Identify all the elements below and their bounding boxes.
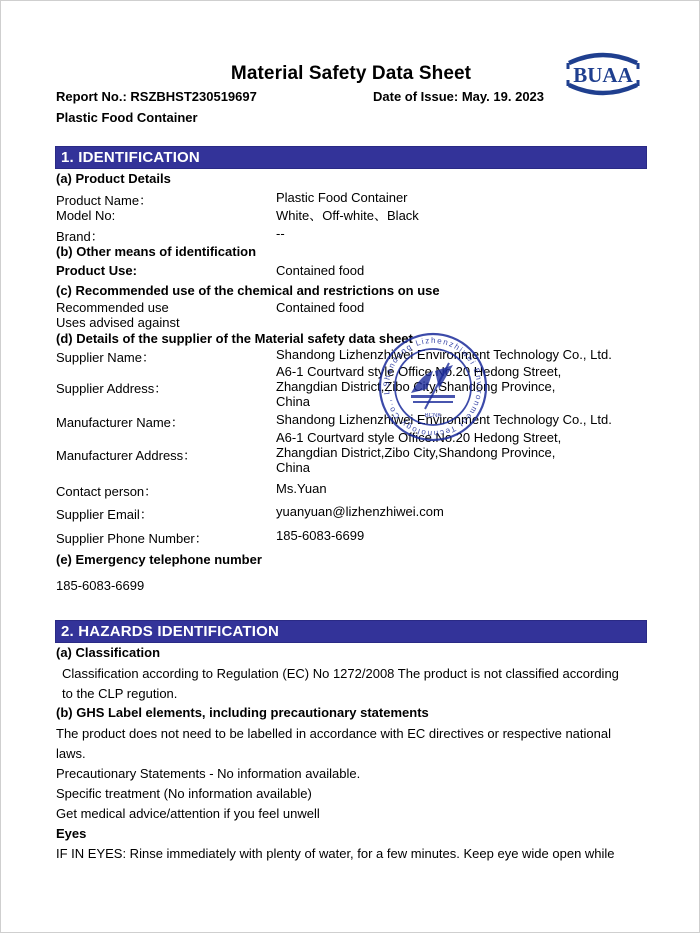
value-contact-person: Ms.Yuan: [276, 481, 327, 496]
value-supplier-phone: 185-6083-6699: [276, 528, 364, 543]
classification-line-2: to the CLP regution.: [62, 686, 177, 701]
address-line: China: [276, 394, 561, 409]
subheading-supplier-details: (d) Details of the supplier of the Mater…: [56, 331, 413, 346]
value-recommended-use: Contained food: [276, 300, 364, 315]
subheading-recommended-use: (c) Recommended use of the chemical and …: [56, 283, 440, 298]
value-supplier-address: A6-1 Courtvard style Office.No.20 Hedong…: [276, 364, 561, 409]
value-supplier-name: Shandong Lizhenzhiwei Environment Techno…: [276, 347, 612, 362]
product-subtitle: Plastic Food Container: [56, 110, 198, 125]
value-product-use: Contained food: [276, 263, 364, 278]
eyes-instructions: IF IN EYES: Rinse immediately with plent…: [56, 846, 615, 861]
subheading-ghs-label: (b) GHS Label elements, including precau…: [56, 705, 429, 720]
label-supplier-name: Supplier Name：: [56, 347, 155, 366]
subheading-emergency-phone: (e) Emergency telephone number: [56, 552, 262, 567]
value-model-no: White、Off-white、Black: [276, 208, 419, 223]
address-line: A6-1 Courtvard style Office.No.20 Hedong…: [276, 430, 561, 445]
section-bar-identification: 1. IDENTIFICATION: [55, 146, 647, 169]
classification-line-1: Classification according to Regulation (…: [62, 666, 619, 681]
medical-advice: Get medical advice/attention if you feel…: [56, 806, 320, 821]
subheading-product-details: (a) Product Details: [56, 171, 171, 186]
label-uses-advised-against: Uses advised against: [56, 315, 180, 330]
document-page: Material Safety Data Sheet Report No.: R…: [0, 0, 700, 933]
value-brand: --: [276, 226, 285, 241]
value-emergency-phone: 185-6083-6699: [56, 578, 144, 593]
label-product-use: Product Use:: [56, 263, 137, 278]
label-product-name: Product Name：: [56, 190, 152, 209]
label-supplier-phone: Supplier Phone Number：: [56, 528, 208, 547]
section-title: 1. IDENTIFICATION: [61, 149, 200, 166]
logo-text: BUAA: [573, 63, 633, 87]
buaa-logo: BUAA: [563, 49, 643, 99]
label-brand: Brand：: [56, 226, 104, 245]
label-supplier-email: Supplier Email：: [56, 504, 153, 523]
value-supplier-email: yuanyuan@lizhenzhiwei.com: [276, 504, 444, 519]
label-statement-line-2: laws.: [56, 746, 86, 761]
value-manufacturer-name: Shandong Lizhenzhiwei Environment Techno…: [276, 412, 612, 427]
subheading-eyes: Eyes: [56, 826, 86, 841]
label-statement-line-1: The product does not need to be labelled…: [56, 726, 611, 741]
value-manufacturer-address: A6-1 Courtvard style Office.No.20 Hedong…: [276, 430, 561, 475]
address-line: China: [276, 460, 561, 475]
address-line: Zhangdian District,Zibo City,Shandong Pr…: [276, 445, 561, 460]
specific-treatment: Specific treatment (No information avail…: [56, 786, 312, 801]
section-bar-hazards: 2. HAZARDS IDENTIFICATION: [55, 620, 647, 643]
label-contact-person: Contact person：: [56, 481, 157, 500]
value-product-name: Plastic Food Container: [276, 190, 408, 205]
precautionary-statements: Precautionary Statements - No informatio…: [56, 766, 360, 781]
label-manufacturer-address: Manufacturer Address：: [56, 445, 196, 464]
section-title: 2. HAZARDS IDENTIFICATION: [61, 623, 279, 640]
label-manufacturer-name: Manufacturer Name：: [56, 412, 184, 431]
date-of-issue: Date of Issue: May. 19. 2023: [373, 89, 544, 104]
subheading-classification: (a) Classification: [56, 645, 160, 660]
subheading-other-means: (b) Other means of identification: [56, 244, 256, 259]
label-model-no: Model No:: [56, 208, 115, 223]
address-line: A6-1 Courtvard style Office.No.20 Hedong…: [276, 364, 561, 379]
label-supplier-address: Supplier Address：: [56, 378, 167, 397]
address-line: Zhangdian District,Zibo City,Shandong Pr…: [276, 379, 561, 394]
report-number: Report No.: RSZBHST230519697: [56, 89, 257, 104]
label-recommended-use: Recommended use: [56, 300, 169, 315]
